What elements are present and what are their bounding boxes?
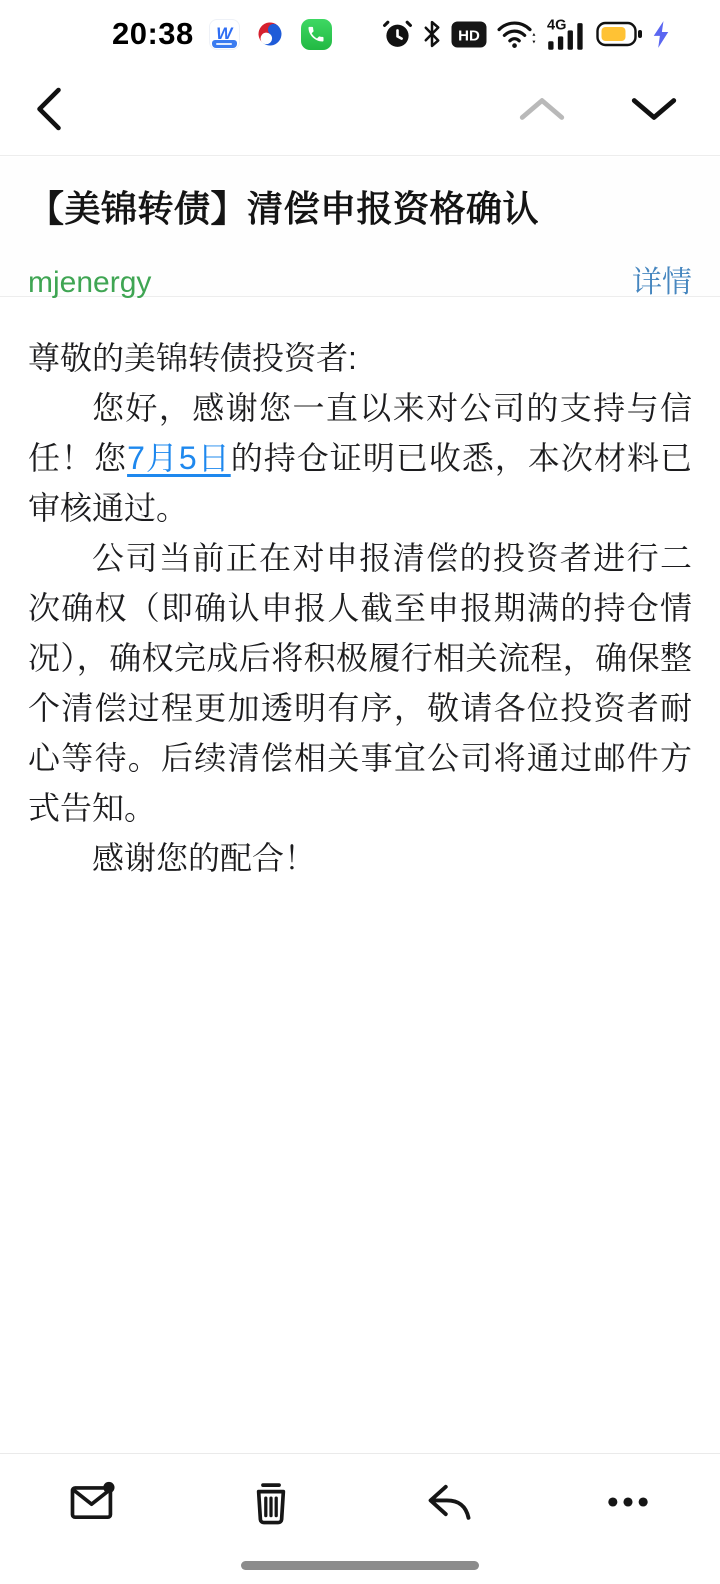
previous-mail-button[interactable]: [512, 88, 572, 130]
hd-badge: HD: [451, 21, 487, 48]
delete-button[interactable]: [241, 1472, 301, 1532]
paragraph-2: 公司当前正在对申报清偿的投资者进行二次确权（即确认申报人截至申报期满的持仓情况）…: [28, 533, 692, 833]
wifi-icon: [496, 19, 538, 50]
back-icon: [32, 86, 66, 132]
svg-text:4G: 4G: [547, 18, 566, 34]
more-icon: [602, 1476, 654, 1528]
next-mail-button[interactable]: [624, 88, 684, 130]
back-button[interactable]: [26, 80, 72, 138]
mail-body: 尊敬的美锦转债投资者: 您好，感谢您一直以来对公司的支持与信任！您7月5日的持仓…: [0, 298, 720, 1453]
reply-button[interactable]: [419, 1472, 479, 1532]
mail-subject: 【美锦转债】清偿申报资格确认: [28, 181, 692, 232]
alarm-icon: [382, 19, 413, 50]
unread-mail-icon: [66, 1476, 118, 1528]
trash-icon: [245, 1476, 297, 1528]
more-button[interactable]: [598, 1472, 658, 1532]
greeting-line: 尊敬的美锦转债投资者:: [28, 333, 692, 383]
closing-line: 感谢您的配合！: [28, 833, 692, 883]
status-bar: 20:38 W: [0, 0, 720, 62]
battery-icon: [596, 20, 643, 48]
bluetooth-icon: [422, 19, 442, 49]
sender-name[interactable]: mjenergy: [28, 266, 151, 300]
signal-icon: 4G: [547, 17, 587, 51]
clock-time: 20:38: [112, 16, 194, 52]
date-link[interactable]: 7月5日: [127, 440, 231, 476]
status-bar-left: 20:38 W: [112, 16, 332, 52]
chevron-down-icon: [630, 94, 678, 124]
sender-row: mjenergy 详情: [28, 257, 692, 301]
swirl-app-icon: [255, 19, 286, 50]
paragraph-1: 您好，感谢您一直以来对公司的支持与信任！您7月5日的持仓证明已收悉，本次材料已审…: [28, 383, 692, 533]
mail-master-app-icon: W: [209, 19, 240, 50]
mail-header: 【美锦转债】清偿申报资格确认 mjenergy 详情: [0, 157, 720, 297]
phone-app-icon: [301, 19, 332, 50]
details-button[interactable]: 详情: [632, 257, 692, 301]
home-indicator[interactable]: [241, 1561, 479, 1570]
chevron-up-icon: [518, 94, 566, 124]
charging-icon: [652, 20, 670, 49]
email-detail-screen: 20:38 W: [0, 0, 720, 1584]
nav-bar: [0, 62, 720, 156]
reply-icon: [423, 1476, 475, 1528]
svg-text:HD: HD: [458, 27, 480, 44]
status-bar-right: HD 4G: [382, 17, 670, 51]
mark-unread-button[interactable]: [62, 1472, 122, 1532]
